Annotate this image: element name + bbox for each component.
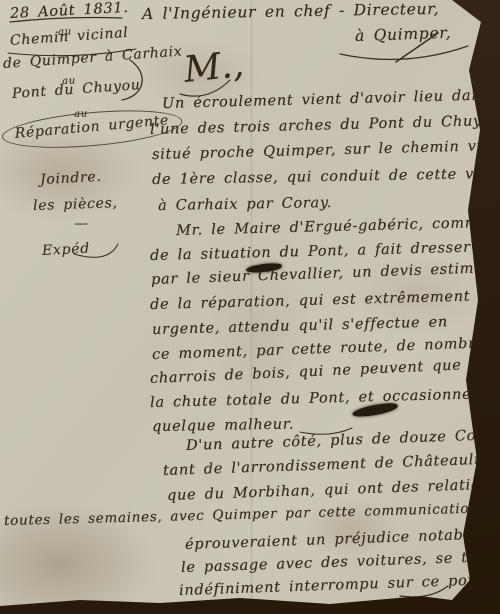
body-line: de la situation du Pont, a fait dresser <box>150 240 471 264</box>
margin-subject-1: Chemin vicinal <box>9 25 128 49</box>
body-line: de la réparation, qui est extrêmement <box>150 289 471 313</box>
body-line: le passage avec des voitures, se trouvai… <box>181 548 500 576</box>
body-line: urgente, attendu qu'il s'effectue en <box>152 314 448 338</box>
margin-instruction-2: les pièces, <box>33 195 118 214</box>
body-line: quelque malheur. <box>152 417 294 435</box>
recipient-line-2: à Quimper, <box>355 24 452 45</box>
margin-instruction-1: Joindre. <box>40 169 102 188</box>
recipient-line-1: A l'Ingénieur en chef - Directeur, <box>142 0 439 23</box>
body-line: Un écroulement vient d'avoir lieu dans <box>162 87 490 112</box>
margin-dash: — <box>74 216 89 232</box>
body-line: toutes les semaines, avec Quimper par ce… <box>4 500 484 529</box>
margin-subject-3: Pont du Chuyou <box>11 77 141 102</box>
margin-subject-2: de Quimper à Carhaix <box>2 43 182 71</box>
body-line: à Carhaix par Coray. <box>158 195 332 214</box>
body-line: que du Morbihan, qui ont des relations <box>167 476 499 504</box>
body-line: Mr. le Maire d'Ergué-gabéric, commune <box>176 214 500 239</box>
photographed-manuscript: 28 Août 1831. au A l'Ingénieur en chef -… <box>0 0 500 614</box>
body-line: situé proche Quimper, sur le chemin vici… <box>152 137 500 163</box>
body-line: l'une des trois arches du Pont du Chuyou <box>150 113 500 138</box>
body-line: par le sieur Chevallier, un devis estima… <box>151 260 500 288</box>
date-line: 28 Août 1831. <box>10 0 129 22</box>
body-line: la chute totale du Pont, et occasionner <box>150 386 479 411</box>
body-line: indéfiniment interrompu sur ce point <box>179 572 490 599</box>
manuscript-paper: 28 Août 1831. au A l'Ingénieur en chef -… <box>0 0 500 614</box>
body-line: de 1ère classe, qui conduit de cette vil… <box>152 166 500 188</box>
margin-dispatch-note: Expéd <box>42 241 91 259</box>
body-line: éprouveraient un préjudice notable si <box>185 526 500 553</box>
body-line: tant de l'arrondissement de Châteaulin <box>163 452 490 479</box>
salutation: M., <box>182 44 246 91</box>
